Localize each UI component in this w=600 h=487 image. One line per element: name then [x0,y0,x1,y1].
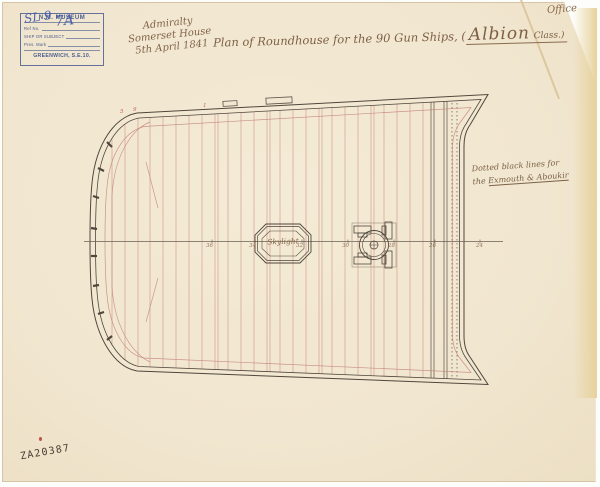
station-number: 24 [476,243,483,249]
station-number: 28 [388,243,395,249]
station-number: 32 [296,243,303,249]
station-number: 26 [429,243,436,249]
stamp-blank-line [66,34,100,39]
stamp-ship-row: SHIP OR SUBJECT [24,34,100,39]
stamp-pres-label: Pres. Mark [24,42,46,47]
deck-figure: 5 [120,109,124,115]
red-ink-mark [39,437,42,441]
station-number: 30 [342,243,349,249]
deck-figure: 1 [203,103,207,109]
station-number: 34 [249,243,256,249]
station-number: 36 [206,243,213,249]
dotted-lines-note-prefix: the [472,176,488,186]
deck-figure: 9 [133,107,137,113]
stamp-pres-row: Pres. Mark [24,42,100,47]
stamp-blank-line [48,42,100,47]
stamp-location: GREENWICH, S.E.10. [24,50,100,59]
stamp-handwritten-number: 7A [54,12,74,30]
stamp-ref-label: Ref No. [24,26,40,31]
plan-title-ship-name: Albion [469,23,531,45]
scanned-plan-page: N.M. MUSEUM Ref No. SHIP OR SUBJECT Pres… [0,0,600,487]
plan-title-class-word: Class.) [534,30,565,41]
stamp-ship-label: SHIP OR SUBJECT [24,34,64,39]
office-note: Office [547,3,578,16]
